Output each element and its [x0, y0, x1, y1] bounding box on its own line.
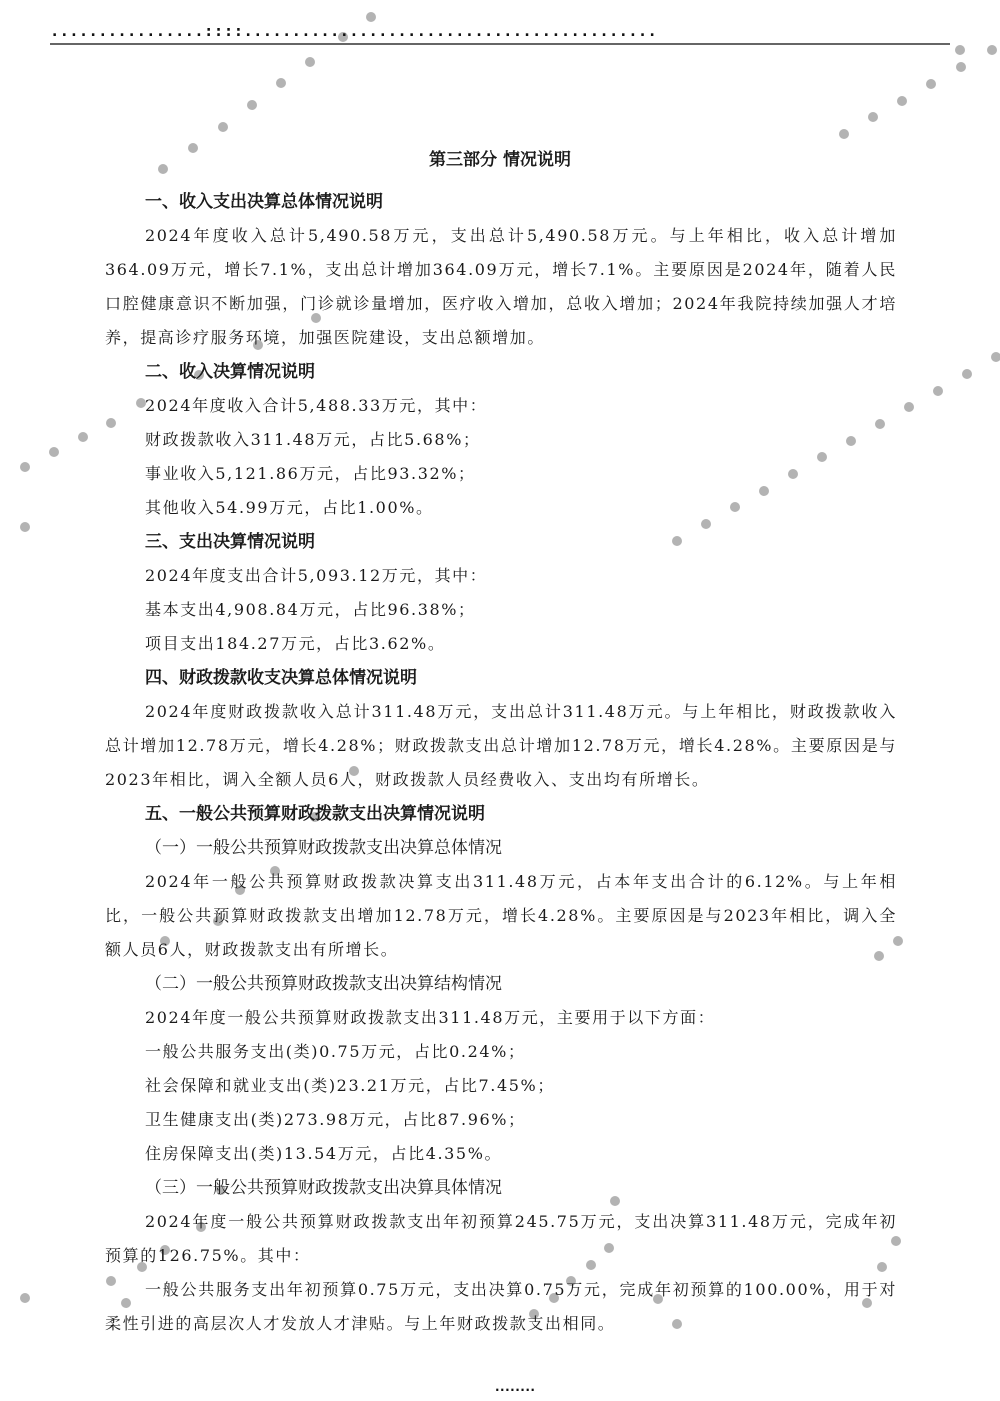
- section-4-heading: 四、财政拨款收支决算总体情况说明: [105, 661, 897, 695]
- section-1-paragraph: 2024年度收入总计5,490.58万元，支出总计5,490.58万元。与上年相…: [105, 219, 897, 355]
- subsection-5-2-line: 住房保障支出(类)13.54万元，占比4.35%。: [105, 1137, 897, 1171]
- section-3-line: 项目支出184.27万元，占比3.62%。: [105, 627, 897, 661]
- section-1-heading: 一、收入支出决算总体情况说明: [105, 185, 897, 219]
- section-2-heading: 二、收入决算情况说明: [105, 355, 897, 389]
- subsection-5-3-paragraph: 2024年度一般公共预算财政拨款支出年初预算245.75万元，支出决算311.4…: [105, 1205, 897, 1273]
- section-2-line: 其他收入54.99万元，占比1.00%。: [105, 491, 897, 525]
- section-3-line: 基本支出4,908.84万元，占比96.38%；: [105, 593, 897, 627]
- section-3-heading: 三、支出决算情况说明: [105, 525, 897, 559]
- subsection-5-1-paragraph: 2024年一般公共预算财政拨款决算支出311.48万元，占本年支出合计的6.12…: [105, 865, 897, 967]
- section-4-paragraph: 2024年度财政拨款收入总计311.48万元，支出总计311.48万元。与上年相…: [105, 695, 897, 797]
- subsection-5-2-line: 2024年度一般公共预算财政拨款支出311.48万元，主要用于以下方面：: [105, 1001, 897, 1035]
- subsection-5-2-heading: （二）一般公共预算财政拨款支出决算结构情况: [105, 967, 897, 1001]
- page-title: 第三部分 情况说明: [0, 145, 1000, 170]
- section-5-heading: 五、一般公共预算财政拨款支出决算情况说明: [105, 797, 897, 831]
- subsection-5-2-line: 卫生健康支出(类)273.98万元，占比87.96%；: [105, 1103, 897, 1137]
- footer-leader-dots: ........: [495, 1380, 535, 1394]
- subsection-5-2-line: 一般公共服务支出(类)0.75万元，占比0.24%；: [105, 1035, 897, 1069]
- subsection-5-1-heading: （一）一般公共预算财政拨款支出决算总体情况: [105, 831, 897, 865]
- section-2-line: 事业收入5,121.86万元，占比93.32%；: [105, 457, 897, 491]
- section-3-line: 2024年度支出合计5,093.12万元，其中：: [105, 559, 897, 593]
- subsection-5-3-paragraph-2: 一般公共服务支出年初预算0.75万元，支出决算0.75万元，完成年初预算的100…: [105, 1273, 897, 1341]
- section-2-line: 财政拨款收入311.48万元，占比5.68%；: [105, 423, 897, 457]
- subsection-5-2-line: 社会保障和就业支出(类)23.21万元，占比7.45%；: [105, 1069, 897, 1103]
- header-rule: [50, 43, 950, 45]
- section-2-line: 2024年度收入合计5,488.33万元，其中：: [105, 389, 897, 423]
- header-leader-dots: ................::::....................…: [52, 24, 659, 40]
- subsection-5-3-heading: （三）一般公共预算财政拨款支出决算具体情况: [105, 1171, 897, 1205]
- document-body: 一、收入支出决算总体情况说明 2024年度收入总计5,490.58万元，支出总计…: [105, 185, 897, 1341]
